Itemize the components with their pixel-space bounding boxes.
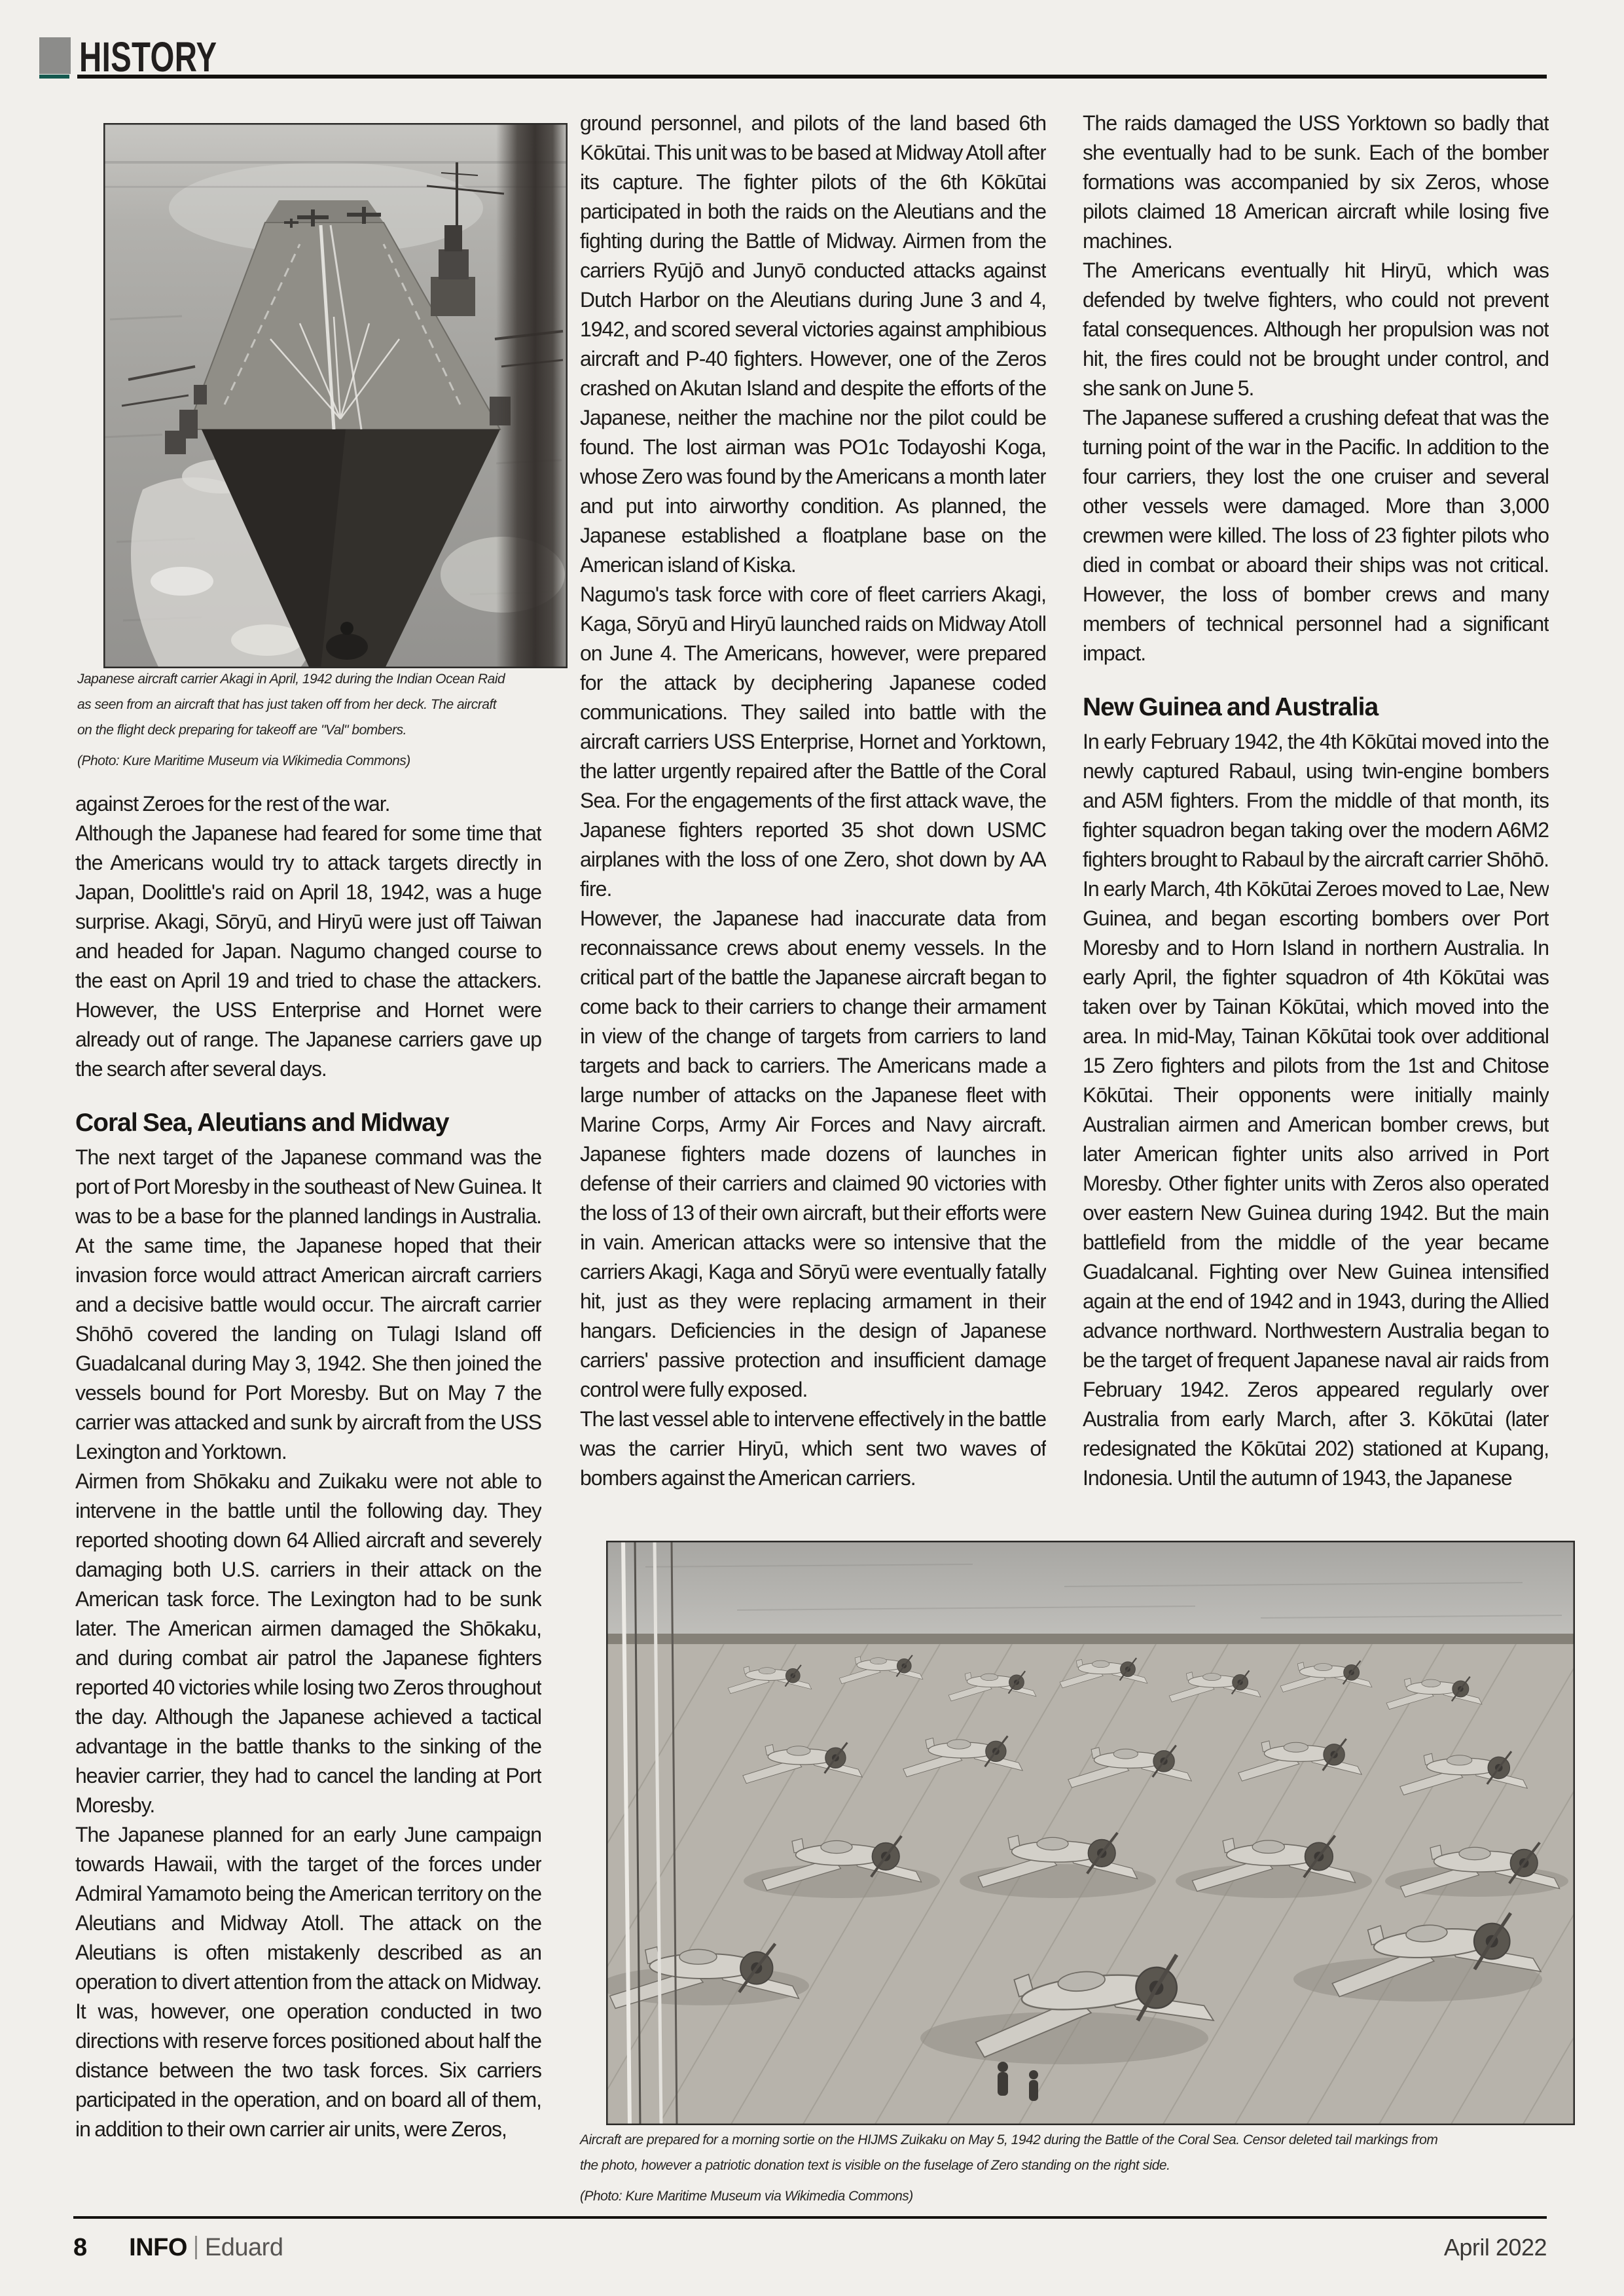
body-paragraph: In early February 1942, the 4th Kōkūtai … — [1083, 727, 1549, 1493]
section-marker-box — [39, 37, 71, 74]
caption-line: the photo, however a patriotic donation … — [580, 2153, 1562, 2178]
body-paragraph: Although the Japanese had feared for som… — [75, 819, 541, 1084]
publisher-name: Eduard — [205, 2234, 283, 2262]
body-paragraph: Airmen from Shōkaku and Zuikaku were not… — [75, 1467, 541, 1820]
body-paragraph: Nagumo's task force with core of fleet c… — [580, 580, 1046, 904]
body-paragraph: ground personnel, and pilots of the land… — [580, 109, 1046, 580]
zuikaku-deck-photo — [606, 1541, 1575, 2125]
body-paragraph: The Japanese suffered a crushing defeat … — [1083, 403, 1549, 668]
subheading-new-guinea: New Guinea and Australia — [1083, 693, 1549, 722]
header-rule — [77, 75, 1547, 79]
caption-line: as seen from an aircraft that has just t… — [77, 692, 581, 717]
photo1-caption: Japanese aircraft carrier Akagi in April… — [77, 666, 581, 769]
blurred-foreground-strut — [496, 123, 567, 668]
photo2-caption: Aircraft are prepared for a morning sort… — [580, 2127, 1562, 2204]
body-paragraph: against Zeroes for the rest of the war. — [75, 789, 541, 819]
issue-date: April 2022 — [1444, 2234, 1547, 2261]
body-paragraph: The last vessel able to intervene effect… — [580, 1405, 1046, 1493]
sea-horizon — [606, 1541, 1575, 1644]
section-title: HISTORY — [79, 33, 217, 81]
caption-line: Aircraft are prepared for a morning sort… — [580, 2127, 1562, 2153]
body-paragraph: However, the Japanese had inaccurate dat… — [580, 904, 1046, 1405]
subheading-coral-sea: Coral Sea, Aleutians and Midway — [75, 1109, 541, 1138]
photo2-credit: (Photo: Kure Maritime Museum via Wikimed… — [580, 2189, 1562, 2204]
footer: 8 INFO Eduard April 2022 — [73, 2227, 1547, 2269]
photo1-credit: (Photo: Kure Maritime Museum via Wikimed… — [77, 753, 581, 769]
footer-divider — [195, 2236, 197, 2259]
akagi-carrier-photo — [103, 123, 568, 668]
section-marker-accent — [39, 75, 69, 79]
caption-line: on the flight deck preparing for takeoff… — [77, 717, 581, 743]
page-number: 8 — [73, 2234, 87, 2262]
magazine-title: INFO — [129, 2234, 187, 2262]
footer-rule — [73, 2216, 1547, 2219]
body-column-3: The raids damaged the USS Yorktown so ba… — [1083, 109, 1549, 1524]
body-column-2: ground personnel, and pilots of the land… — [580, 109, 1046, 1524]
caption-line: Japanese aircraft carrier Akagi in April… — [77, 666, 581, 692]
body-paragraph: The next target of the Japanese command … — [75, 1143, 541, 1467]
body-paragraph: The Americans eventually hit Hiryū, whic… — [1083, 256, 1549, 403]
body-paragraph: The raids damaged the USS Yorktown so ba… — [1083, 109, 1549, 256]
body-paragraph: The Japanese planned for an early June c… — [75, 1820, 541, 2144]
magazine-page: HISTORY — [0, 0, 1624, 2296]
body-column-1: against Zeroes for the rest of the war. … — [75, 789, 541, 2181]
